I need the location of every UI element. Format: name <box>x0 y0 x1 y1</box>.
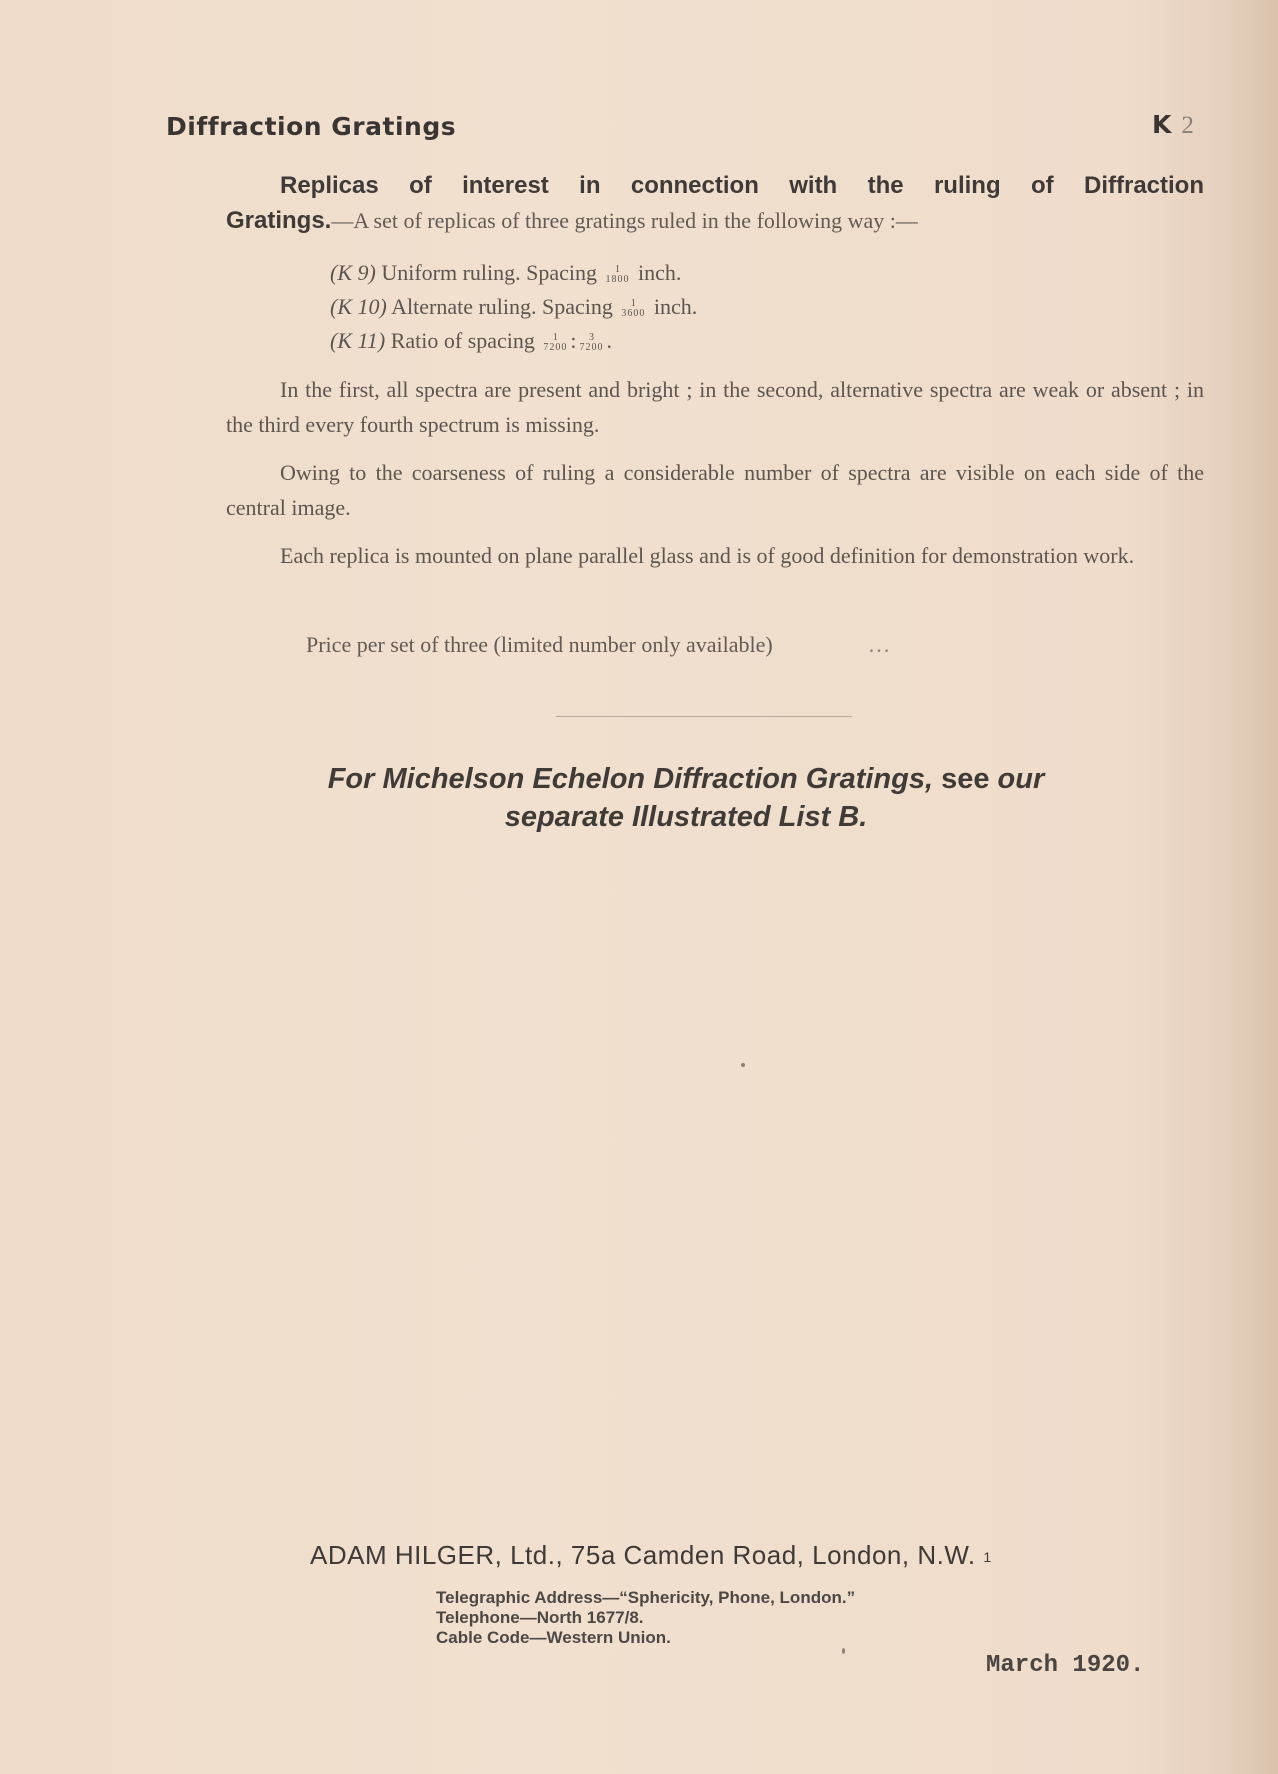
notice-line-2: separate Illustrated List B. <box>236 798 1136 836</box>
publication-date: March 1920. <box>986 1652 1144 1679</box>
page-number-value: 2 <box>1181 112 1194 139</box>
item-description: Alternate ruling. Spacing <box>391 294 613 319</box>
paragraph-mounting: Each replica is mounted on plane paralle… <box>226 538 1204 573</box>
notice-line-1: For Michelson Echelon Diffraction Gratin… <box>236 760 1136 798</box>
paragraph-coarseness: Owing to the coarseness of ruling a cons… <box>226 455 1204 525</box>
lead-text: —A set of replicas of three gratings rul… <box>331 208 918 233</box>
list-item-k11: (K 11) Ratio of spacing 17200:37200. <box>330 323 612 358</box>
paragraph-spectra: In the first, all spectra are present an… <box>226 372 1204 442</box>
price-value: ... <box>869 632 892 657</box>
item-description: Uniform ruling. Spacing <box>381 260 597 285</box>
section-letter: K <box>1152 110 1171 139</box>
spacing-fraction: 11800 <box>606 265 630 285</box>
contact-details: Telegraphic Address—“Sphericity, Phone, … <box>436 1588 855 1648</box>
print-speck <box>741 1063 745 1067</box>
postal-district: 1 <box>983 1549 991 1565</box>
item-code: (K 9) <box>330 260 376 285</box>
ratio-fraction-1: 17200 <box>543 333 567 353</box>
list-item-k10: (K 10) Alternate ruling. Spacing 13600 i… <box>330 289 697 324</box>
item-suffix: inch. <box>654 294 697 319</box>
cable-code: Cable Code—Western Union. <box>436 1628 855 1648</box>
item-description: Ratio of spacing <box>391 328 535 353</box>
running-title: Diffraction Gratings <box>166 112 456 141</box>
echelon-notice: For Michelson Echelon Diffraction Gratin… <box>236 760 1136 836</box>
page-number: K2 <box>1152 110 1194 140</box>
section-divider <box>556 716 852 717</box>
intro-paragraph: Replicas of interest in connection with … <box>226 168 1204 238</box>
print-speck <box>842 1648 845 1654</box>
item-suffix: inch. <box>638 260 681 285</box>
telegraphic-address: Telegraphic Address—“Sphericity, Phone, … <box>436 1588 855 1608</box>
ratio-separator: : <box>570 328 576 353</box>
item-code: (K 11) <box>330 328 385 353</box>
list-item-k9: (K 9) Uniform ruling. Spacing 11800 inch… <box>330 255 681 290</box>
telephone: Telephone—North 1677/8. <box>436 1608 855 1628</box>
firm-address: ADAM HILGER, Ltd., 75a Camden Road, Lond… <box>310 1540 992 1571</box>
item-suffix: . <box>607 328 613 353</box>
item-code: (K 10) <box>330 294 387 319</box>
spacing-fraction: 13600 <box>621 299 645 319</box>
ratio-fraction-2: 37200 <box>580 333 604 353</box>
price-line: Price per set of three (limited number o… <box>306 632 891 658</box>
price-label: Price per set of three (limited number o… <box>306 632 773 657</box>
